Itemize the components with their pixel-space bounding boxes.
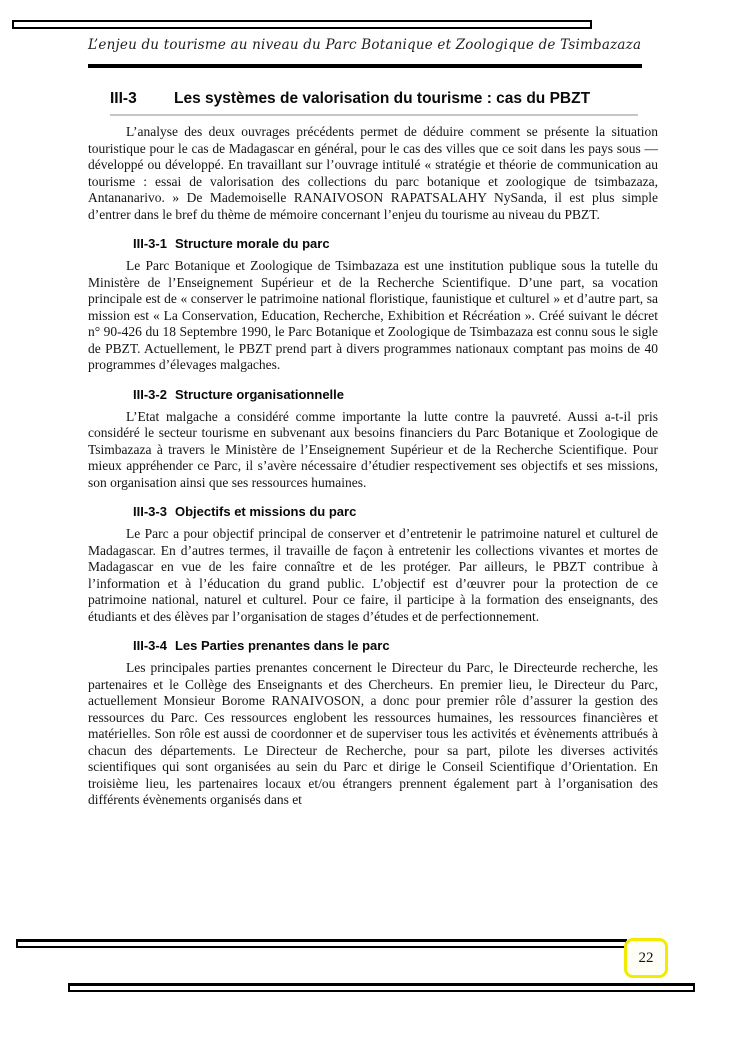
section-title-number: III-3: [110, 90, 174, 108]
content-column: III-3 Les systèmes de valorisation du to…: [88, 90, 658, 809]
heading-number: III-3-3: [133, 504, 167, 519]
heading-number: III-3-2: [133, 387, 167, 402]
header-rule: [88, 64, 642, 68]
page-number-highlight-box: 22: [624, 938, 668, 978]
section-title: III-3 Les systèmes de valorisation du to…: [110, 90, 638, 116]
top-border-bar: [12, 20, 592, 29]
page-number: 22: [639, 950, 654, 967]
heading-number: III-3-1: [133, 236, 167, 251]
paragraph-objectifs-missions: Le Parc a pour objectif principal de con…: [88, 526, 658, 625]
heading-number: III-3-4: [133, 638, 167, 653]
document-page: L’enjeu du tourisme au niveau du Parc Bo…: [0, 0, 745, 1053]
paragraph-structure-organisationnelle: L’Etat malgache a considéré comme import…: [88, 409, 658, 492]
heading-text: Les Parties prenantes dans le parc: [175, 638, 390, 653]
heading-parties-prenantes: III-3-4Les Parties prenantes dans le par…: [133, 638, 658, 653]
paragraph-parties-prenantes: Les principales parties prenantes concer…: [88, 660, 658, 809]
heading-structure-morale: III-3-1Structure morale du parc: [133, 236, 658, 251]
heading-text: Structure organisationnelle: [175, 387, 344, 402]
paragraph-structure-morale: Le Parc Botanique et Zoologique de Tsimb…: [88, 258, 658, 374]
footer-rule-bottom: [68, 983, 695, 992]
heading-objectifs-missions: III-3-3Objectifs et missions du parc: [133, 504, 658, 519]
running-header-title: L’enjeu du tourisme au niveau du Parc Bo…: [88, 37, 648, 53]
intro-paragraph: L’analyse des deux ouvrages précédents p…: [88, 124, 658, 223]
heading-text: Objectifs et missions du parc: [175, 504, 356, 519]
heading-text: Structure morale du parc: [175, 236, 330, 251]
footer-rule-top: [16, 939, 627, 948]
section-title-text: Les systèmes de valorisation du tourisme…: [174, 90, 590, 108]
heading-structure-organisationnelle: III-3-2Structure organisationnelle: [133, 387, 658, 402]
